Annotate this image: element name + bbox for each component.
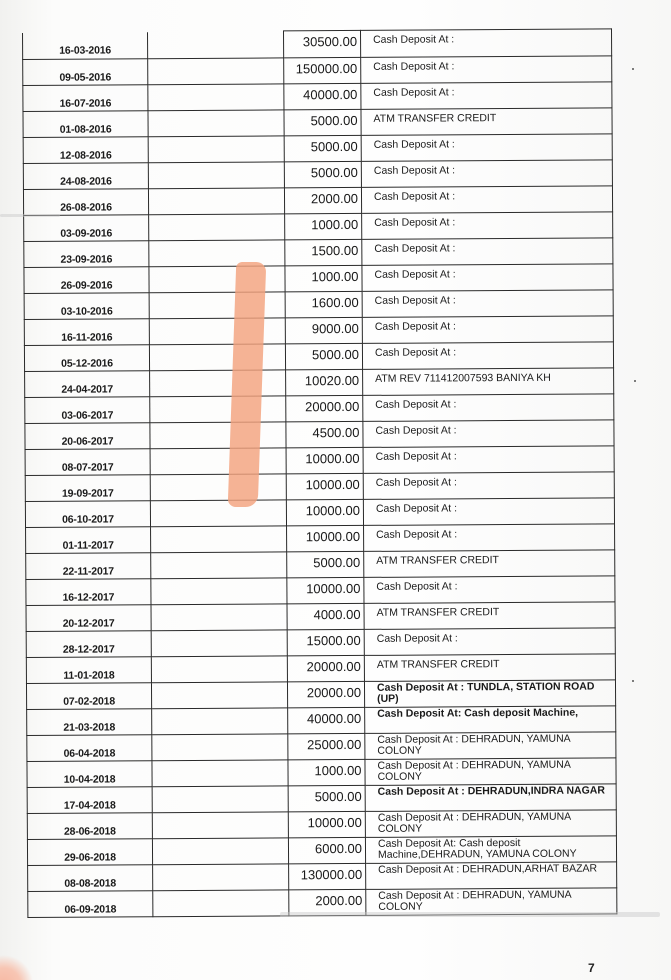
date-cell: 26-09-2016 bbox=[24, 267, 149, 294]
date-cell: 03-09-2016 bbox=[24, 215, 149, 242]
table-row: 16-03-201630500.00Cash Deposit At : bbox=[23, 29, 612, 60]
blank-cell bbox=[153, 890, 289, 917]
transaction-date: 24-04-2017 bbox=[61, 383, 113, 395]
date-cell: 16-03-2016 bbox=[23, 32, 148, 60]
transaction-amount: 5000.00 bbox=[312, 347, 362, 362]
date-cell: 20-12-2017 bbox=[26, 605, 151, 632]
amount-cell: 5000.00 bbox=[284, 161, 361, 187]
transaction-amount: 2000.00 bbox=[311, 191, 361, 206]
date-cell: 22-11-2017 bbox=[26, 553, 151, 580]
table-row: 12-08-20165000.00Cash Deposit At : bbox=[23, 134, 612, 164]
amount-cell: 5000.00 bbox=[284, 135, 361, 161]
table-row: 28-12-201715000.00Cash Deposit At : bbox=[26, 628, 615, 658]
date-cell: 06-09-2018 bbox=[28, 891, 153, 918]
transaction-date: 26-08-2016 bbox=[60, 201, 112, 213]
blank-cell bbox=[151, 656, 287, 683]
table-row: 20-12-20174000.00ATM TRANSFER CREDIT bbox=[26, 602, 615, 632]
date-cell: 17-04-2018 bbox=[27, 787, 152, 814]
transaction-date: 07-02-2018 bbox=[63, 695, 115, 707]
description-cell: Cash Deposit At : TUNDLA, STATION ROAD (… bbox=[364, 680, 615, 708]
table-row: 08-08-2018130000.00Cash Deposit At : DEH… bbox=[28, 862, 617, 892]
date-cell: 16-07-2016 bbox=[23, 85, 148, 112]
transaction-description: ATM TRANSFER CREDIT bbox=[368, 112, 612, 124]
transaction-amount: 1000.00 bbox=[314, 763, 364, 778]
table-row: 16-11-20169000.00Cash Deposit At : bbox=[24, 316, 613, 346]
transaction-amount: 4500.00 bbox=[312, 425, 362, 440]
table-row: 16-07-201640000.00Cash Deposit At : bbox=[23, 82, 612, 112]
transaction-amount: 150000.00 bbox=[296, 61, 361, 76]
transaction-description: Cash Deposit At : bbox=[368, 216, 612, 228]
transaction-date: 03-06-2017 bbox=[61, 409, 113, 421]
amount-cell: 9000.00 bbox=[285, 317, 362, 343]
table-row: 01-08-20165000.00ATM TRANSFER CREDIT bbox=[23, 108, 612, 138]
amount-cell: 20000.00 bbox=[287, 655, 364, 681]
transaction-description: Cash Deposit At : bbox=[370, 450, 614, 462]
transaction-amount: 30500.00 bbox=[303, 34, 360, 49]
date-cell: 05-12-2016 bbox=[24, 345, 149, 372]
dust-speck bbox=[632, 68, 634, 70]
paper-crease bbox=[0, 214, 60, 217]
amount-cell: 10000.00 bbox=[287, 525, 364, 551]
blank-cell bbox=[150, 448, 286, 475]
transaction-amount: 40000.00 bbox=[303, 87, 360, 102]
transaction-date: 16-07-2016 bbox=[60, 97, 112, 109]
description-cell: Cash Deposit At : DEHRADUN,INDRA NAGAR bbox=[365, 784, 616, 812]
description-cell: Cash Deposit At : bbox=[363, 446, 614, 474]
transaction-description: Cash Deposit At : bbox=[367, 60, 611, 72]
blank-cell bbox=[152, 812, 288, 839]
description-cell: ATM TRANSFER CREDIT bbox=[364, 550, 615, 578]
table-row: 03-06-201720000.00Cash Deposit At : bbox=[25, 394, 614, 424]
amount-cell: 25000.00 bbox=[288, 733, 365, 759]
transaction-description: Cash Deposit At : bbox=[367, 33, 611, 45]
description-cell: Cash Deposit At : bbox=[360, 29, 611, 58]
table-row: 24-08-20165000.00Cash Deposit At : bbox=[23, 160, 612, 190]
transaction-description: Cash Deposit At : DEHRADUN,INDRA NAGAR bbox=[372, 785, 616, 797]
amount-cell: 10020.00 bbox=[286, 369, 363, 395]
description-cell: Cash Deposit At : bbox=[363, 472, 614, 500]
date-cell: 28-12-2017 bbox=[26, 631, 151, 658]
description-cell: Cash Deposit At : bbox=[361, 134, 612, 162]
blank-cell bbox=[148, 58, 284, 85]
description-cell: Cash Deposit At : bbox=[362, 264, 613, 292]
transaction-description: Cash Deposit At : bbox=[369, 424, 613, 436]
transaction-description: ATM TRANSFER CREDIT bbox=[370, 554, 614, 566]
amount-cell: 2000.00 bbox=[284, 187, 361, 213]
table-row: 09-05-2016150000.00Cash Deposit At : bbox=[23, 56, 612, 86]
transaction-amount: 20000.00 bbox=[307, 685, 364, 700]
corner-highlighter-smudge bbox=[0, 955, 34, 980]
transaction-amount: 10000.00 bbox=[308, 815, 365, 830]
transaction-description: Cash Deposit At : bbox=[370, 580, 614, 592]
amount-cell: 5000.00 bbox=[284, 109, 361, 135]
transactions-table: 16-03-201630500.00Cash Deposit At :09-05… bbox=[22, 28, 617, 918]
transaction-amount: 15000.00 bbox=[306, 633, 363, 648]
amount-cell: 40000.00 bbox=[288, 707, 365, 733]
transaction-date: 11-01-2018 bbox=[63, 669, 114, 681]
amount-cell: 10000.00 bbox=[286, 447, 363, 473]
transaction-description: Cash Deposit At: Cash deposit Machine, bbox=[371, 707, 615, 719]
transaction-date: 16-11-2016 bbox=[61, 331, 112, 343]
date-cell: 10-04-2018 bbox=[27, 761, 152, 788]
blank-cell bbox=[151, 552, 287, 579]
table-row: 17-04-20185000.00Cash Deposit At : DEHRA… bbox=[27, 784, 616, 814]
transaction-amount: 5000.00 bbox=[311, 139, 361, 154]
amount-cell: 4000.00 bbox=[287, 603, 364, 629]
amount-cell: 5000.00 bbox=[288, 785, 365, 811]
transaction-date: 03-09-2016 bbox=[60, 227, 112, 239]
date-cell: 09-05-2016 bbox=[23, 59, 148, 86]
transaction-date: 23-09-2016 bbox=[60, 253, 112, 265]
description-cell: Cash Deposit At : DEHRADUN, YAMUNA COLON… bbox=[365, 758, 616, 786]
description-cell: Cash Deposit At: Cash deposit Machine, bbox=[365, 706, 616, 734]
blank-cell bbox=[151, 604, 287, 631]
blank-cell bbox=[152, 786, 288, 813]
date-cell: 12-08-2016 bbox=[23, 137, 148, 164]
blank-cell bbox=[152, 838, 288, 865]
transaction-description: Cash Deposit At : bbox=[368, 164, 612, 176]
transaction-amount: 1000.00 bbox=[311, 217, 361, 232]
description-cell: Cash Deposit At : bbox=[363, 394, 614, 422]
description-cell: Cash Deposit At : bbox=[361, 186, 612, 214]
transaction-date: 26-09-2016 bbox=[61, 279, 113, 291]
description-cell: ATM TRANSFER CREDIT bbox=[364, 602, 615, 630]
date-cell: 24-04-2017 bbox=[25, 371, 150, 398]
amount-cell: 1000.00 bbox=[285, 265, 362, 291]
transaction-date: 17-04-2018 bbox=[64, 799, 116, 811]
blank-cell bbox=[148, 136, 284, 163]
transaction-description: Cash Deposit At : bbox=[368, 268, 612, 280]
date-cell: 08-08-2018 bbox=[28, 865, 153, 892]
blank-cell bbox=[152, 708, 288, 735]
table-row: 29-06-20186000.00Cash Deposit At: Cash d… bbox=[27, 836, 616, 866]
transaction-amount: 25000.00 bbox=[307, 737, 364, 752]
transaction-description: Cash Deposit At : bbox=[368, 138, 612, 150]
transaction-date: 28-06-2018 bbox=[64, 825, 116, 837]
description-cell: Cash Deposit At : DEHRADUN,ARHAT BAZAR bbox=[366, 862, 617, 890]
description-cell: Cash Deposit At : DEHRADUN, YAMUNA COLON… bbox=[365, 732, 616, 760]
transaction-amount: 10000.00 bbox=[306, 529, 363, 544]
blank-cell bbox=[148, 84, 284, 111]
transaction-amount: 2000.00 bbox=[315, 893, 365, 908]
description-cell: Cash Deposit At : bbox=[363, 420, 614, 448]
transaction-description: Cash Deposit At : bbox=[369, 346, 613, 358]
transaction-date: 03-10-2016 bbox=[61, 305, 113, 317]
table-row: 11-01-201820000.00ATM TRANSFER CREDIT bbox=[26, 654, 615, 684]
transaction-amount: 10000.00 bbox=[306, 581, 363, 596]
blank-cell bbox=[150, 474, 286, 501]
transaction-description: Cash Deposit At : bbox=[369, 320, 613, 332]
dust-speck bbox=[634, 380, 636, 382]
amount-cell: 40000.00 bbox=[284, 83, 361, 109]
table-row: 06-04-201825000.00Cash Deposit At : DEHR… bbox=[27, 732, 616, 762]
description-cell: Cash Deposit At : bbox=[364, 524, 615, 552]
transaction-amount: 1500.00 bbox=[311, 243, 361, 258]
transaction-description: Cash Deposit At : bbox=[369, 398, 613, 410]
date-cell: 06-04-2018 bbox=[27, 735, 152, 762]
amount-cell: 30500.00 bbox=[283, 30, 360, 57]
transaction-date: 01-11-2017 bbox=[63, 539, 114, 551]
transaction-description: Cash Deposit At : DEHRADUN, YAMUNA COLON… bbox=[372, 811, 616, 834]
transaction-description: Cash Deposit At : DEHRADUN,ARHAT BAZAR bbox=[372, 863, 616, 875]
amount-cell: 1500.00 bbox=[285, 239, 362, 265]
table-row: 05-12-20165000.00Cash Deposit At : bbox=[24, 342, 613, 372]
blank-cell bbox=[151, 526, 287, 553]
transaction-description: Cash Deposit At : bbox=[368, 190, 612, 202]
description-cell: Cash Deposit At : bbox=[361, 82, 612, 110]
transaction-date: 20-06-2017 bbox=[62, 435, 114, 447]
transaction-date: 22-11-2017 bbox=[63, 565, 114, 577]
blank-cell bbox=[150, 370, 286, 397]
blank-cell bbox=[150, 500, 286, 527]
transaction-date: 06-10-2017 bbox=[62, 513, 114, 525]
transaction-amount: 4000.00 bbox=[314, 607, 364, 622]
date-cell: 16-12-2017 bbox=[26, 579, 151, 606]
amount-cell: 10000.00 bbox=[287, 577, 364, 603]
date-cell: 23-09-2016 bbox=[24, 241, 149, 268]
date-cell: 06-10-2017 bbox=[25, 501, 150, 528]
transaction-description: ATM TRANSFER CREDIT bbox=[371, 606, 615, 618]
transaction-date: 01-08-2016 bbox=[60, 123, 112, 135]
date-cell: 26-08-2016 bbox=[23, 189, 148, 216]
transactions-table-body: 16-03-201630500.00Cash Deposit At :09-05… bbox=[23, 29, 617, 918]
amount-cell: 10000.00 bbox=[286, 499, 363, 525]
amount-cell: 20000.00 bbox=[287, 681, 364, 707]
amount-cell: 150000.00 bbox=[284, 57, 361, 83]
transaction-amount: 6000.00 bbox=[315, 841, 365, 856]
page-number: 7 bbox=[588, 961, 595, 975]
description-cell: Cash Deposit At: Cash deposit Machine,DE… bbox=[365, 836, 616, 864]
table-row: 23-09-20161500.00Cash Deposit At : bbox=[24, 238, 613, 268]
date-cell: 28-06-2018 bbox=[27, 813, 152, 840]
transaction-description: Cash Deposit At : bbox=[368, 242, 612, 254]
date-cell: 07-02-2018 bbox=[26, 683, 151, 710]
amount-cell: 15000.00 bbox=[287, 629, 364, 655]
transaction-date: 06-09-2018 bbox=[64, 903, 116, 915]
transaction-description: Cash Deposit At : DEHRADUN, YAMUNA COLON… bbox=[372, 889, 616, 912]
blank-cell bbox=[148, 162, 284, 189]
transaction-date: 10-04-2018 bbox=[64, 773, 116, 785]
blank-cell bbox=[148, 188, 284, 215]
table-row: 24-04-201710020.00ATM REV 711412007593 B… bbox=[25, 368, 614, 398]
amount-cell: 4500.00 bbox=[286, 421, 363, 447]
transaction-description: Cash Deposit At : bbox=[370, 476, 614, 488]
blank-cell bbox=[151, 578, 287, 605]
description-cell: Cash Deposit At : bbox=[362, 342, 613, 370]
table-row: 28-06-201810000.00Cash Deposit At : DEHR… bbox=[27, 810, 616, 840]
description-cell: Cash Deposit At : bbox=[361, 160, 612, 188]
amount-cell: 130000.00 bbox=[289, 863, 366, 889]
transaction-amount: 5000.00 bbox=[315, 789, 365, 804]
description-cell: Cash Deposit At : bbox=[362, 316, 613, 344]
blank-cell bbox=[151, 630, 287, 657]
description-cell: ATM REV 711412007593 BANIYA KH bbox=[363, 368, 614, 396]
date-cell: 21-03-2018 bbox=[27, 709, 152, 736]
transaction-date: 20-12-2017 bbox=[63, 617, 115, 629]
description-cell: Cash Deposit At : bbox=[362, 212, 613, 240]
amount-cell: 20000.00 bbox=[286, 395, 363, 421]
transaction-date: 29-06-2018 bbox=[64, 851, 116, 863]
transaction-amount: 1600.00 bbox=[312, 295, 362, 310]
blank-cell bbox=[148, 31, 284, 59]
date-cell: 29-06-2018 bbox=[27, 839, 152, 866]
table-row: 22-11-20175000.00ATM TRANSFER CREDIT bbox=[26, 550, 615, 580]
transaction-description: Cash Deposit At : DEHRADUN, YAMUNA COLON… bbox=[371, 733, 615, 756]
blank-cell bbox=[148, 110, 284, 137]
table-row: 26-09-20161000.00Cash Deposit At : bbox=[24, 264, 613, 294]
date-cell: 16-11-2016 bbox=[24, 319, 149, 346]
blank-cell bbox=[153, 864, 289, 891]
amount-cell: 5000.00 bbox=[287, 551, 364, 577]
description-cell: Cash Deposit At : DEHRADUN, YAMUNA COLON… bbox=[365, 810, 616, 838]
transaction-description: Cash Deposit At : bbox=[371, 632, 615, 644]
description-cell: Cash Deposit At : bbox=[363, 498, 614, 526]
transaction-description: Cash Deposit At : bbox=[367, 86, 611, 98]
date-cell: 20-06-2017 bbox=[25, 423, 150, 450]
transaction-amount: 20000.00 bbox=[307, 659, 364, 674]
date-cell: 03-10-2016 bbox=[24, 293, 149, 320]
table-row: 03-09-20161000.00Cash Deposit At : bbox=[24, 212, 613, 242]
blank-cell bbox=[149, 318, 285, 345]
transaction-amount: 10020.00 bbox=[305, 373, 362, 388]
transaction-amount: 130000.00 bbox=[301, 867, 366, 882]
amount-cell: 1000.00 bbox=[285, 213, 362, 239]
blank-cell bbox=[149, 240, 285, 267]
transaction-date: 06-04-2018 bbox=[64, 747, 116, 759]
table-row: 07-02-201820000.00Cash Deposit At : TUND… bbox=[26, 680, 615, 710]
transaction-date: 24-08-2016 bbox=[60, 175, 112, 187]
transaction-amount: 40000.00 bbox=[307, 711, 364, 726]
blank-cell bbox=[149, 214, 285, 241]
transaction-amount: 10000.00 bbox=[305, 451, 362, 466]
date-cell: 01-08-2016 bbox=[23, 111, 148, 138]
table-row: 06-10-201710000.00Cash Deposit At : bbox=[25, 498, 614, 528]
transaction-date: 05-12-2016 bbox=[61, 357, 113, 369]
description-cell: Cash Deposit At : bbox=[361, 56, 612, 84]
paper-crease bbox=[280, 912, 660, 917]
description-cell: Cash Deposit At : bbox=[364, 628, 615, 656]
transaction-amount: 5000.00 bbox=[313, 555, 363, 570]
transaction-amount: 10000.00 bbox=[306, 503, 363, 518]
table-row: 10-04-20181000.00Cash Deposit At : DEHRA… bbox=[27, 758, 616, 788]
table-row: 01-11-201710000.00Cash Deposit At : bbox=[26, 524, 615, 554]
transaction-amount: 5000.00 bbox=[311, 165, 361, 180]
transaction-description: ATM TRANSFER CREDIT bbox=[371, 658, 615, 670]
table-row: 26-08-20162000.00Cash Deposit At : bbox=[23, 186, 612, 216]
transaction-date: 21-03-2018 bbox=[63, 721, 115, 733]
transaction-description: Cash Deposit At : DEHRADUN, YAMUNA COLON… bbox=[371, 759, 615, 782]
description-cell: Cash Deposit At : bbox=[362, 290, 613, 318]
date-cell: 01-11-2017 bbox=[26, 527, 151, 554]
blank-cell bbox=[152, 760, 288, 787]
date-cell: 03-06-2017 bbox=[25, 397, 150, 424]
table-row: 20-06-20174500.00Cash Deposit At : bbox=[25, 420, 614, 450]
date-cell: 08-07-2017 bbox=[25, 449, 150, 476]
table-row: 08-07-201710000.00Cash Deposit At : bbox=[25, 446, 614, 476]
description-cell: Cash Deposit At : bbox=[362, 238, 613, 266]
transaction-date: 28-12-2017 bbox=[63, 643, 115, 655]
transaction-date: 09-05-2016 bbox=[59, 71, 111, 83]
blank-cell bbox=[150, 396, 286, 423]
amount-cell: 1600.00 bbox=[285, 291, 362, 317]
transaction-amount: 9000.00 bbox=[312, 321, 362, 336]
amount-cell: 1000.00 bbox=[288, 759, 365, 785]
transaction-description: Cash Deposit At : TUNDLA, STATION ROAD (… bbox=[371, 681, 615, 704]
transaction-date: 16-12-2017 bbox=[63, 591, 115, 603]
description-cell: Cash Deposit At : bbox=[364, 576, 615, 604]
transaction-date: 12-08-2016 bbox=[60, 149, 112, 161]
transaction-description: Cash Deposit At : bbox=[369, 294, 613, 306]
table-row: 16-12-201710000.00Cash Deposit At : bbox=[26, 576, 615, 606]
description-cell: ATM TRANSFER CREDIT bbox=[364, 654, 615, 682]
transaction-amount: 5000.00 bbox=[311, 113, 361, 128]
dust-speck bbox=[632, 680, 634, 682]
transaction-date: 16-03-2016 bbox=[59, 44, 111, 56]
blank-cell bbox=[152, 734, 288, 761]
table-row: 21-03-201840000.00Cash Deposit At: Cash … bbox=[27, 706, 616, 736]
table-row: 19-09-201710000.00Cash Deposit At : bbox=[25, 472, 614, 502]
transaction-description: ATM REV 711412007593 BANIYA KH bbox=[369, 372, 613, 384]
table-row: 03-10-20161600.00Cash Deposit At : bbox=[24, 290, 613, 320]
blank-cell bbox=[150, 422, 286, 449]
date-cell: 11-01-2018 bbox=[26, 657, 151, 684]
transaction-amount: 20000.00 bbox=[305, 399, 362, 414]
transaction-description: Cash Deposit At : bbox=[370, 502, 614, 514]
transaction-description: Cash Deposit At: Cash deposit Machine,DE… bbox=[372, 837, 616, 860]
transaction-description: Cash Deposit At : bbox=[370, 528, 614, 540]
transaction-amount: 10000.00 bbox=[305, 477, 362, 492]
date-cell: 19-09-2017 bbox=[25, 475, 150, 502]
transaction-date: 08-07-2017 bbox=[62, 461, 114, 473]
blank-cell bbox=[149, 344, 285, 371]
amount-cell: 5000.00 bbox=[285, 343, 362, 369]
amount-cell: 6000.00 bbox=[288, 837, 365, 863]
date-cell: 24-08-2016 bbox=[23, 163, 148, 190]
blank-cell bbox=[151, 682, 287, 709]
amount-cell: 10000.00 bbox=[286, 473, 363, 499]
amount-cell: 10000.00 bbox=[288, 811, 365, 837]
transaction-amount: 1000.00 bbox=[311, 269, 361, 284]
description-cell: ATM TRANSFER CREDIT bbox=[361, 108, 612, 136]
transaction-date: 08-08-2018 bbox=[64, 877, 116, 889]
transaction-date: 19-09-2017 bbox=[62, 487, 114, 499]
